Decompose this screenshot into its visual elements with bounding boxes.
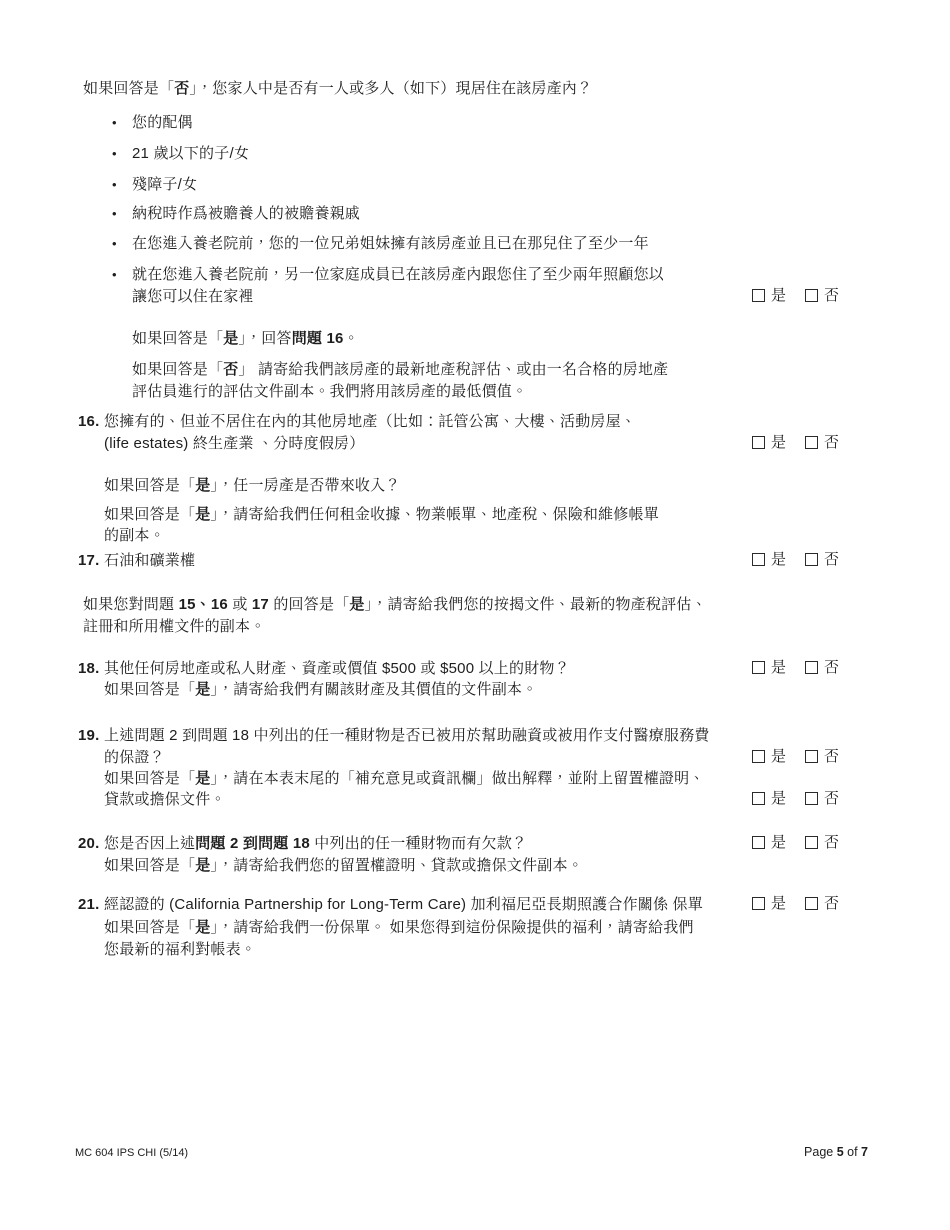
- no-label: 否: [824, 896, 839, 911]
- yes-pair: 是: [752, 835, 786, 850]
- bullet-item-family-caregiver-line2: 讓您可以住在家裡: [132, 289, 254, 304]
- yes-pair: 是: [752, 749, 786, 764]
- question-16-number: 16.: [78, 414, 104, 429]
- question-19-line3: 如果回答是「是」，請在本表末尾的「補充意見或資訊欄」做出解釋，並附上留置權證明、: [104, 771, 705, 786]
- bullet-text: 21 歲以下的子/女: [132, 145, 249, 162]
- yesno-group-q16-other-real-estate: 是 否: [752, 435, 839, 450]
- question-18-text: 其他任何房地產或私人財產、資產或價值 $500 或 $500 以上的財物？: [104, 660, 570, 677]
- note-q15-16-17-line2: 註冊和所用權文件的副本。: [83, 619, 265, 634]
- no-checkbox[interactable]: [805, 836, 818, 849]
- no-checkbox[interactable]: [805, 792, 818, 805]
- no-pair: 否: [805, 660, 839, 675]
- yesno-group-q19-lien-documents: 是 否: [752, 791, 839, 806]
- intro-question: 如果回答是「否」，您家人中是否有一人或多人（如下）現居住在該房產內？: [83, 81, 592, 96]
- yes-checkbox[interactable]: [752, 897, 765, 910]
- yes-label: 是: [771, 288, 786, 303]
- page-number: Page 5 of 7: [804, 1145, 868, 1159]
- question-17-text: 石油和礦業權: [104, 552, 195, 569]
- bullet-icon: •: [112, 237, 132, 250]
- form-number: MC 604 IPS CHI (5/14): [75, 1147, 188, 1159]
- yesno-group-q17-oil-mineral-rights: 是 否: [752, 552, 839, 567]
- no-checkbox[interactable]: [805, 436, 818, 449]
- yes-pair: 是: [752, 660, 786, 675]
- no-checkbox[interactable]: [805, 289, 818, 302]
- question-20-line2: 如果回答是「是」，請寄給我們您的留置權證明、貸款或擔保文件副本。: [104, 858, 583, 873]
- bullet-item-dependent-relative: •納稅時作爲被贍養人的被贍養親戚: [112, 206, 360, 221]
- document-page: 如果回答是「否」，您家人中是否有一人或多人（如下）現居住在該房產內？ •您的配偶…: [0, 0, 950, 1230]
- bullet-item-sibling-owner: •在您進入養老院前，您的一位兄弟姐妹擁有該房產並且已在那兒住了至少一年: [112, 236, 649, 251]
- question-19-text: 上述問題 2 到問題 18 中列出的任一種財物是否已被用於幫助融資或被用作支付醫…: [104, 727, 710, 744]
- question-17-line1: 17.石油和礦業權: [78, 553, 195, 568]
- bullet-text: 在您進入養老院前，您的一位兄弟姐妹擁有該房產並且已在那兒住了至少一年: [132, 235, 649, 252]
- yes-label: 是: [771, 835, 786, 850]
- bullet-item-spouse: •您的配偶: [112, 115, 193, 130]
- question-18-line2: 如果回答是「是」，請寄給我們有關該財產及其價值的文件副本。: [104, 682, 537, 697]
- no-label: 否: [824, 288, 839, 303]
- no-label: 否: [824, 435, 839, 450]
- yes-pair: 是: [752, 552, 786, 567]
- no-pair: 否: [805, 435, 839, 450]
- yes-checkbox[interactable]: [752, 792, 765, 805]
- bullet-icon: •: [112, 116, 132, 129]
- bullet-icon: •: [112, 207, 132, 220]
- question-21-number: 21.: [78, 897, 104, 912]
- no-pair: 否: [805, 749, 839, 764]
- note-q15-16-17-line1: 如果您對問題 15、16 或 17 的回答是「是」，請寄給我們您的按揭文件、最新…: [83, 597, 707, 612]
- no-pair: 否: [805, 835, 839, 850]
- question-16-text: 您擁有的、但並不居住在內的其他房地產（比如：託管公寓、大樓、活動房屋、: [104, 413, 636, 430]
- yes-checkbox[interactable]: [752, 661, 765, 674]
- bullet-item-family-caregiver: •就在您進入養老院前，另一位家庭成員已在該房產內跟您住了至少兩年照顧您以: [112, 267, 664, 282]
- no-pair: 否: [805, 791, 839, 806]
- no-label: 否: [824, 791, 839, 806]
- bullet-text: 殘障子/女: [132, 176, 197, 193]
- question-20-line1: 20.您是否因上述問題 2 到問題 18 中列出的任一種財物而有欠款？: [78, 836, 527, 851]
- no-checkbox[interactable]: [805, 750, 818, 763]
- question-16-line2: (life estates) 終生產業 、分時度假房）: [104, 436, 364, 451]
- bullet-icon: •: [112, 268, 132, 281]
- yes-pair: 是: [752, 435, 786, 450]
- bullet-text: 納稅時作爲被贍養人的被贍養親戚: [132, 205, 360, 222]
- question-16-line1: 16.您擁有的、但並不居住在內的其他房地產（比如：託管公寓、大樓、活動房屋、: [78, 414, 636, 429]
- question-21-line1: 21.經認證的 (California Partnership for Long…: [78, 897, 703, 912]
- yes-checkbox[interactable]: [752, 553, 765, 566]
- question-19-number: 19.: [78, 728, 104, 743]
- yes-pair: 是: [752, 791, 786, 806]
- yes-checkbox[interactable]: [752, 289, 765, 302]
- question-19-line4: 貸款或擔保文件。: [104, 792, 226, 807]
- yes-label: 是: [771, 552, 786, 567]
- question-16-send-docs-line1: 如果回答是「是」，請寄給我們任何租金收據、物業帳單、地產稅、保險和維修帳單: [104, 507, 659, 522]
- bullet-icon: •: [112, 147, 132, 160]
- question-16-income-subquestion: 如果回答是「是」，任一房產是否帶來收入？: [104, 478, 401, 493]
- no-checkbox[interactable]: [805, 661, 818, 674]
- yes-label: 是: [771, 896, 786, 911]
- question-21-text: 經認證的 (California Partnership for Long-Te…: [104, 896, 703, 913]
- instruction-if-yes-answer-q16: 如果回答是「是」，回答問題 16。: [132, 331, 359, 346]
- bullet-text: 就在您進入養老院前，另一位家庭成員已在該房產內跟您住了至少兩年照顧您以: [132, 266, 664, 283]
- yes-label: 是: [771, 435, 786, 450]
- question-20-text: 您是否因上述問題 2 到問題 18 中列出的任一種財物而有欠款？: [104, 835, 527, 852]
- question-21-line3: 您最新的福利對帳表。: [104, 942, 256, 957]
- yesno-group-q18-other-property: 是 否: [752, 660, 839, 675]
- yes-checkbox[interactable]: [752, 436, 765, 449]
- yes-pair: 是: [752, 896, 786, 911]
- bullet-item-disabled-child: •殘障子/女: [112, 177, 197, 192]
- question-19-line2: 的保證？: [104, 750, 165, 765]
- bullet-item-children-under-21: •21 歲以下的子/女: [112, 146, 249, 161]
- yes-checkbox[interactable]: [752, 836, 765, 849]
- no-label: 否: [824, 552, 839, 567]
- no-pair: 否: [805, 288, 839, 303]
- question-20-number: 20.: [78, 836, 104, 851]
- no-checkbox[interactable]: [805, 553, 818, 566]
- yes-checkbox[interactable]: [752, 750, 765, 763]
- no-label: 否: [824, 835, 839, 850]
- bullet-icon: •: [112, 178, 132, 191]
- yesno-group-q19-financing-guarantee: 是 否: [752, 749, 839, 764]
- question-18-line1: 18.其他任何房地產或私人財產、資產或價值 $500 或 $500 以上的財物？: [78, 661, 570, 676]
- question-19-line1: 19.上述問題 2 到問題 18 中列出的任一種財物是否已被用於幫助融資或被用作…: [78, 728, 710, 743]
- question-18-number: 18.: [78, 661, 104, 676]
- no-checkbox[interactable]: [805, 897, 818, 910]
- yesno-group-q20-money-owed: 是 否: [752, 835, 839, 850]
- no-label: 否: [824, 660, 839, 675]
- no-pair: 否: [805, 552, 839, 567]
- instruction-if-no-send-assessment-line1: 如果回答是「否」 請寄給我們該房產的最新地產稅評估、或由一名合格的房地產: [132, 362, 668, 377]
- yes-label: 是: [771, 660, 786, 675]
- yes-pair: 是: [752, 288, 786, 303]
- yes-label: 是: [771, 749, 786, 764]
- bullet-text: 您的配偶: [132, 114, 193, 131]
- no-pair: 否: [805, 896, 839, 911]
- yes-label: 是: [771, 791, 786, 806]
- yesno-group-q21-partnership-policy: 是 否: [752, 896, 839, 911]
- yesno-group-household-member: 是 否: [752, 288, 839, 303]
- question-17-number: 17.: [78, 553, 104, 568]
- no-label: 否: [824, 749, 839, 764]
- question-16-send-docs-line2: 的副本。: [104, 528, 165, 543]
- question-21-line2: 如果回答是「是」，請寄給我們一份保單。 如果您得到這份保險提供的福利，請寄給我們: [104, 920, 694, 935]
- instruction-if-no-send-assessment-line2: 評估員進行的評估文件副本。我們將用該房產的最低價值。: [132, 384, 527, 399]
